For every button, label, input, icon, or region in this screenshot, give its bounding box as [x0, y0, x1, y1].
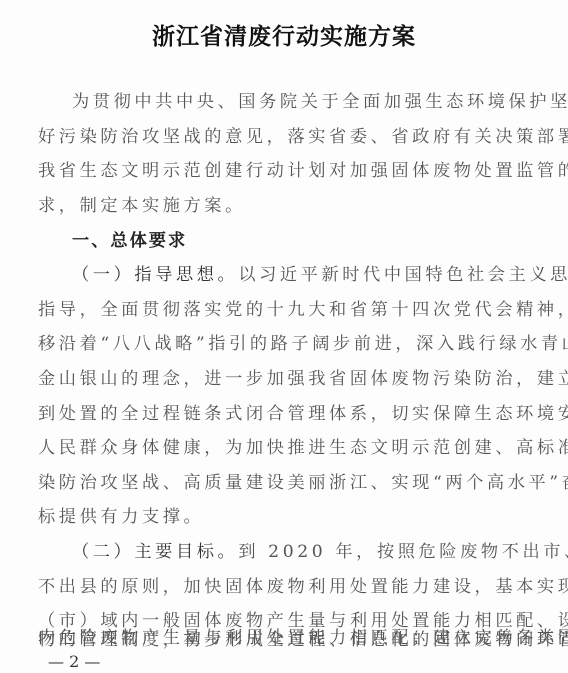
page-number: — 2 — [48, 652, 100, 671]
paragraph-text: 到 2020 年，按照危险废物不出市、固体废物 [238, 542, 568, 562]
paragraph-line: （一）指导思想。以习近平新时代中国特色社会主义思想为 [72, 265, 474, 285]
paragraph-line: 染防治攻坚战、高质量建设美丽浙江、实现“两个高水平”奋斗目 [38, 473, 474, 493]
subsection-label: （二）主要目标。 [72, 542, 238, 562]
paragraph-line: 我省生态文明示范创建行动计划对加强固体废物处置监管的要 [38, 161, 474, 181]
paragraph-text: 以习近平新时代中国特色社会主义思想为 [238, 265, 568, 285]
paragraph-line: 不出县的原则，加快固体废物利用处置能力建设，基本实现县 [38, 577, 474, 597]
paragraph-line: 求，制定本实施方案。 [38, 196, 474, 216]
section-heading: 一、总体要求 [72, 231, 474, 251]
paragraph-line: 人民群众身体健康，为加快推进生态文明示范创建、高标准打好污 [38, 438, 474, 458]
paragraph-line: 到处置的全过程链条式闭合管理体系，切实保障生态环境安全和 [38, 404, 474, 424]
paragraph-line: 金山银山的理念，进一步加强我省固体废物污染防治，建立从产生 [38, 369, 474, 389]
paragraph-line: 标提供有力支撑。 [38, 507, 474, 527]
paragraph-line: 指导，全面贯彻落实党的十九大和省第十四次党代会精神，坚定不 [38, 300, 474, 320]
paragraph-line: 物的管理制度，初步形成全过程、信息化的固体废物闭环管理体 [38, 630, 474, 650]
paragraph-line: 好污染防治攻坚战的意见，落实省委、省政府有关决策部署，根据 [38, 127, 474, 147]
paragraph-line: 为贯彻中共中央、国务院关于全面加强生态环境保护坚决打 [72, 92, 474, 112]
document-page: 浙江省清废行动实施方案 为贯彻中共中央、国务院关于全面加强生态环境保护坚决打 好… [0, 0, 568, 673]
paragraph-line: （二）主要目标。到 2020 年，按照危险废物不出市、固体废物 [72, 542, 474, 562]
subsection-label: （一）指导思想。 [72, 265, 238, 285]
document-title: 浙江省清废行动实施方案 [0, 18, 568, 51]
paragraph-line: 移沿着“八八战略”指引的路子阔步前进，深入践行绿水青山就是 [38, 334, 474, 354]
